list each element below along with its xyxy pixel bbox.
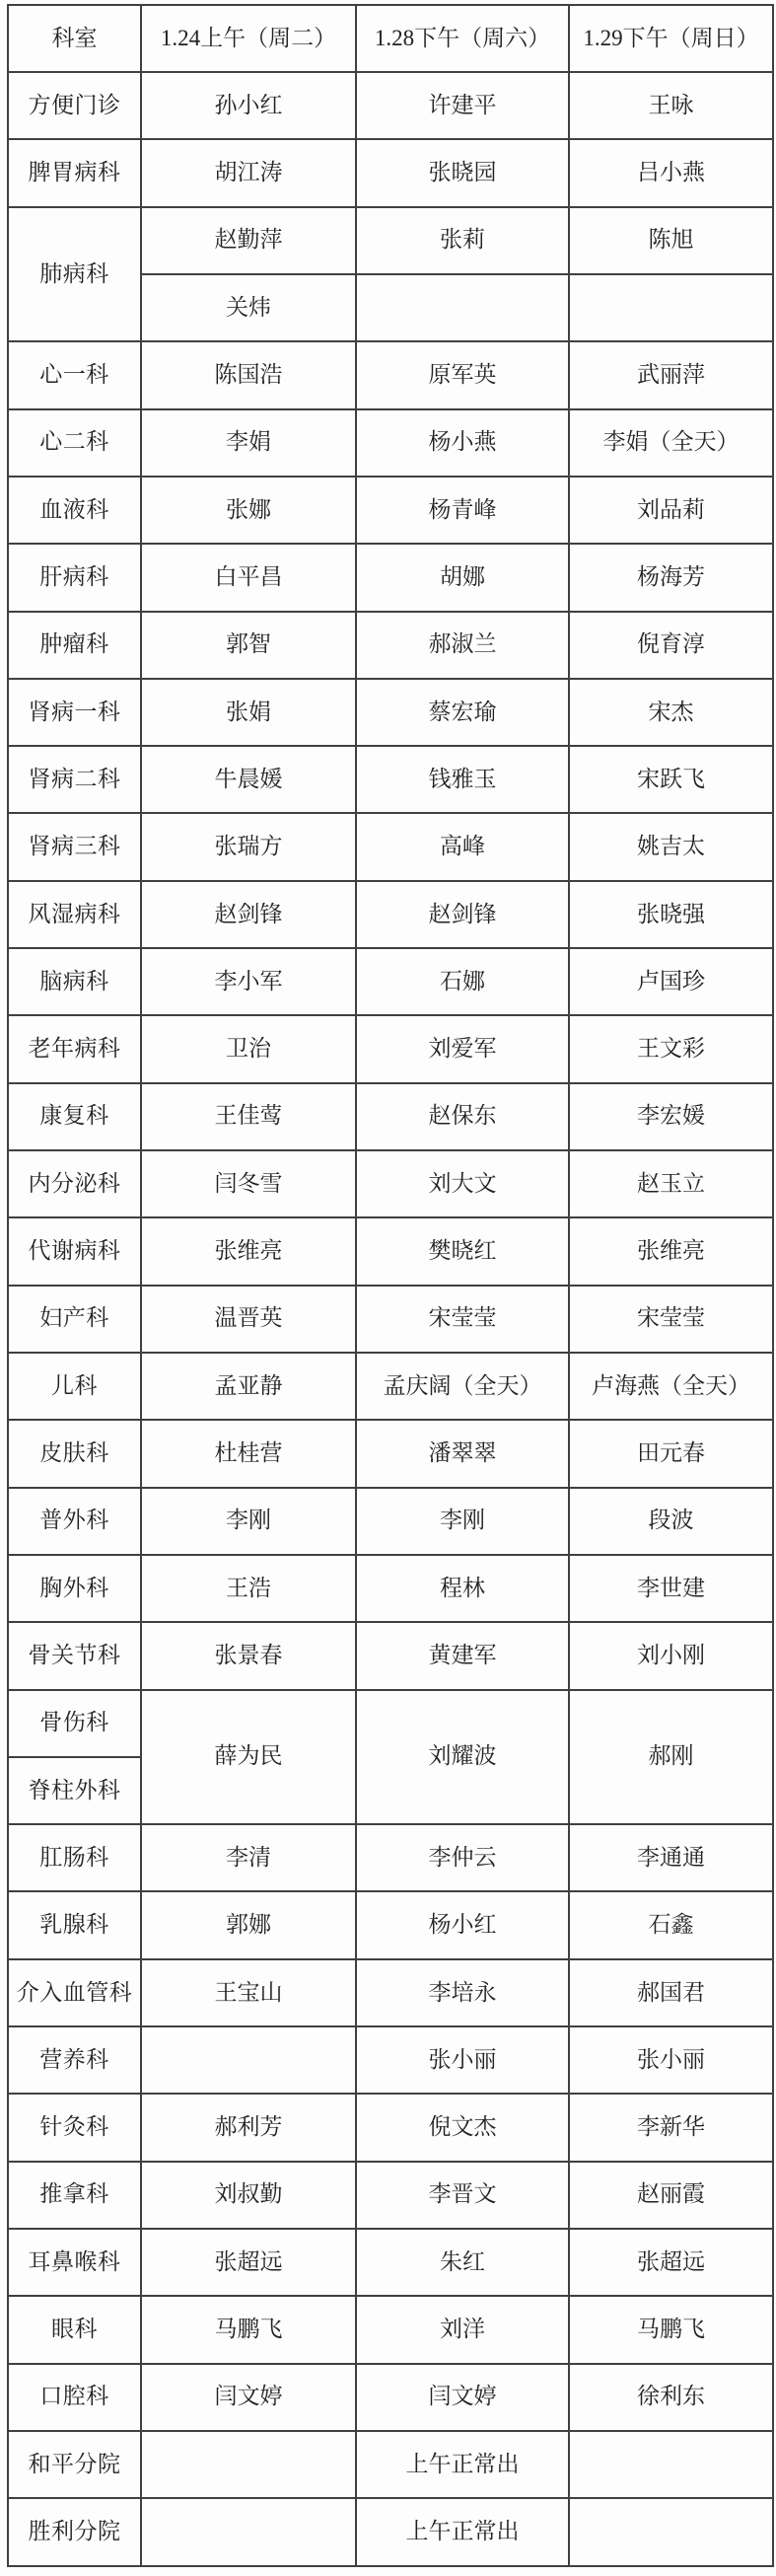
dept-cell: 肝病科 (8, 544, 141, 611)
doctor-cell: 张晓强 (569, 881, 773, 948)
table-row: 营养科张小丽张小丽 (8, 2026, 773, 2094)
doctor-cell: 张晓园 (356, 139, 569, 206)
doctor-cell: 张莉 (356, 207, 569, 274)
doctor-cell: 刘大文 (356, 1150, 569, 1217)
dept-cell: 肿瘤科 (8, 612, 141, 679)
doctor-cell: 张娜 (141, 477, 356, 544)
table-row: 推拿科刘叔勤李晋文赵丽霞 (8, 2162, 773, 2229)
doctor-cell: 徐利东 (569, 2364, 773, 2431)
doctor-cell: 关炜 (141, 274, 356, 341)
dept-cell: 和平分院 (8, 2431, 141, 2498)
schedule-table: 科室 1.24上午（周二） 1.28下午（周六） 1.29下午（周日） 方便门诊… (7, 4, 774, 2567)
table-row: 和平分院上午正常出 (8, 2431, 773, 2498)
doctor-cell: 许建平 (356, 72, 569, 139)
column-header-day2: 1.28下午（周六） (356, 5, 569, 72)
doctor-cell: 王佳莺 (141, 1083, 356, 1150)
dept-cell: 方便门诊 (8, 72, 141, 139)
doctor-cell (141, 2431, 356, 2498)
doctor-cell: 张超远 (141, 2229, 356, 2296)
doctor-cell: 杨小燕 (356, 409, 569, 477)
dept-cell: 皮肤科 (8, 1420, 141, 1487)
table-row: 肾病一科张娟蔡宏瑜宋杰 (8, 679, 773, 746)
doctor-cell: 吕小燕 (569, 139, 773, 206)
doctor-cell (569, 2498, 773, 2566)
schedule-table-body: 方便门诊孙小红许建平王咏脾胃病科胡江涛张晓园吕小燕肺病科赵勤萍张莉陈旭关炜心一科… (8, 72, 773, 2566)
doctor-cell: 闫文婷 (356, 2364, 569, 2431)
dept-cell: 血液科 (8, 477, 141, 544)
dept-cell: 肺病科 (8, 207, 141, 342)
doctor-cell (569, 274, 773, 341)
doctor-cell: 胡江涛 (141, 139, 356, 206)
dept-cell: 老年病科 (8, 1015, 141, 1082)
doctor-cell: 白平昌 (141, 544, 356, 611)
doctor-cell: 陈国浩 (141, 341, 356, 408)
dept-cell: 营养科 (8, 2026, 141, 2094)
table-row: 方便门诊孙小红许建平王咏 (8, 72, 773, 139)
doctor-cell: 上午正常出 (356, 2431, 569, 2498)
doctor-cell: 温晋英 (141, 1286, 356, 1353)
doctor-cell: 赵丽霞 (569, 2162, 773, 2229)
table-row: 代谢病科张维亮樊晓红张维亮 (8, 1217, 773, 1285)
doctor-cell: 宋跃飞 (569, 746, 773, 813)
doctor-cell: 李世建 (569, 1555, 773, 1622)
doctor-cell: 李刚 (141, 1488, 356, 1555)
doctor-cell: 李刚 (356, 1488, 569, 1555)
doctor-cell (569, 2431, 773, 2498)
doctor-cell: 钱雅玉 (356, 746, 569, 813)
table-row: 脑病科李小军石娜卢国珍 (8, 948, 773, 1015)
dept-cell: 骨关节科 (8, 1622, 141, 1689)
doctor-cell: 闫冬雪 (141, 1150, 356, 1217)
table-row: 乳腺科郭娜杨小红石鑫 (8, 1891, 773, 1958)
doctor-cell: 张小丽 (356, 2026, 569, 2094)
doctor-cell: 上午正常出 (356, 2498, 569, 2566)
table-row: 肺病科赵勤萍张莉陈旭 (8, 207, 773, 274)
doctor-cell: 宋杰 (569, 679, 773, 746)
dept-cell: 心二科 (8, 409, 141, 477)
doctor-cell: 田元春 (569, 1420, 773, 1487)
doctor-cell: 孙小红 (141, 72, 356, 139)
doctor-cell: 石鑫 (569, 1891, 773, 1958)
doctor-cell: 张维亮 (569, 1217, 773, 1285)
doctor-cell: 牛晨媛 (141, 746, 356, 813)
doctor-cell: 薛为民 (141, 1690, 356, 1825)
doctor-cell: 杨海芳 (569, 544, 773, 611)
doctor-cell: 倪育淳 (569, 612, 773, 679)
doctor-cell: 张小丽 (569, 2026, 773, 2094)
dept-cell: 肾病三科 (8, 813, 141, 880)
doctor-cell: 李晋文 (356, 2162, 569, 2229)
doctor-cell: 程林 (356, 1555, 569, 1622)
table-row: 骨伤科薛为民刘耀波郝刚 (8, 1690, 773, 1757)
table-row: 康复科王佳莺赵保东李宏媛 (8, 1083, 773, 1150)
doctor-cell: 孟庆阔（全天） (356, 1353, 569, 1420)
table-row: 血液科张娜杨青峰刘品莉 (8, 477, 773, 544)
doctor-cell: 李仲云 (356, 1824, 569, 1891)
doctor-cell: 刘爱军 (356, 1015, 569, 1082)
doctor-cell: 刘耀波 (356, 1690, 569, 1825)
dept-cell: 内分泌科 (8, 1150, 141, 1217)
dept-cell: 风湿病科 (8, 881, 141, 948)
dept-cell: 骨伤科 (8, 1690, 141, 1757)
doctor-cell: 闫文婷 (141, 2364, 356, 2431)
doctor-cell: 陈旭 (569, 207, 773, 274)
dept-cell: 脊柱外科 (8, 1757, 141, 1824)
doctor-cell: 卢海燕（全天） (569, 1353, 773, 1420)
doctor-cell: 朱红 (356, 2229, 569, 2296)
table-row: 妇产科温晋英宋莹莹宋莹莹 (8, 1286, 773, 1353)
doctor-cell: 张超远 (569, 2229, 773, 2296)
doctor-cell: 胡娜 (356, 544, 569, 611)
dept-cell: 耳鼻喉科 (8, 2229, 141, 2296)
doctor-cell: 黄建军 (356, 1622, 569, 1689)
doctor-cell: 李培永 (356, 1959, 569, 2026)
dept-cell: 普外科 (8, 1488, 141, 1555)
column-header-dept: 科室 (8, 5, 141, 72)
doctor-cell: 李新华 (569, 2094, 773, 2161)
doctor-cell: 刘洋 (356, 2296, 569, 2363)
table-row: 介入血管科王宝山李培永郝国君 (8, 1959, 773, 2026)
table-row: 针灸科郝利芳倪文杰李新华 (8, 2094, 773, 2161)
table-row: 老年病科卫治刘爱军王文彩 (8, 1015, 773, 1082)
table-row: 内分泌科闫冬雪刘大文赵玉立 (8, 1150, 773, 1217)
doctor-cell: 高峰 (356, 813, 569, 880)
doctor-cell: 张瑞方 (141, 813, 356, 880)
dept-cell: 肾病二科 (8, 746, 141, 813)
doctor-cell: 刘小刚 (569, 1622, 773, 1689)
doctor-cell (141, 2026, 356, 2094)
table-row: 肾病三科张瑞方高峰姚吉太 (8, 813, 773, 880)
table-row: 脾胃病科胡江涛张晓园吕小燕 (8, 139, 773, 206)
table-row: 心二科李娟杨小燕李娟（全天） (8, 409, 773, 477)
doctor-cell: 倪文杰 (356, 2094, 569, 2161)
dept-cell: 代谢病科 (8, 1217, 141, 1285)
dept-cell: 胸外科 (8, 1555, 141, 1622)
doctor-cell: 赵保东 (356, 1083, 569, 1150)
column-header-day3: 1.29下午（周日） (569, 5, 773, 72)
dept-cell: 乳腺科 (8, 1891, 141, 1958)
doctor-cell: 张维亮 (141, 1217, 356, 1285)
dept-cell: 脾胃病科 (8, 139, 141, 206)
doctor-cell: 张景春 (141, 1622, 356, 1689)
doctor-cell: 李娟（全天） (569, 409, 773, 477)
table-row: 普外科李刚李刚段波 (8, 1488, 773, 1555)
table-row: 风湿病科赵剑锋赵剑锋张晓强 (8, 881, 773, 948)
dept-cell: 康复科 (8, 1083, 141, 1150)
doctor-cell: 王咏 (569, 72, 773, 139)
doctor-cell: 孟亚静 (141, 1353, 356, 1420)
dept-cell: 推拿科 (8, 2162, 141, 2229)
doctor-cell: 原军英 (356, 341, 569, 408)
doctor-cell: 宋莹莹 (569, 1286, 773, 1353)
doctor-cell: 赵玉立 (569, 1150, 773, 1217)
dept-cell: 胜利分院 (8, 2498, 141, 2566)
doctor-cell: 李娟 (141, 409, 356, 477)
doctor-cell: 宋莹莹 (356, 1286, 569, 1353)
header-row: 科室 1.24上午（周二） 1.28下午（周六） 1.29下午（周日） (8, 5, 773, 72)
doctor-cell: 赵剑锋 (141, 881, 356, 948)
table-row: 肛肠科李清李仲云李通通 (8, 1824, 773, 1891)
doctor-cell: 李通通 (569, 1824, 773, 1891)
doctor-cell: 郝国君 (569, 1959, 773, 2026)
table-row: 口腔科闫文婷闫文婷徐利东 (8, 2364, 773, 2431)
dept-cell: 眼科 (8, 2296, 141, 2363)
table-row: 皮肤科杜桂营潘翠翠田元春 (8, 1420, 773, 1487)
table-row: 肾病二科牛晨媛钱雅玉宋跃飞 (8, 746, 773, 813)
dept-cell: 妇产科 (8, 1286, 141, 1353)
doctor-cell: 郝利芳 (141, 2094, 356, 2161)
doctor-cell: 潘翠翠 (356, 1420, 569, 1487)
doctor-cell: 王宝山 (141, 1959, 356, 2026)
table-row: 胸外科王浩程林李世建 (8, 1555, 773, 1622)
doctor-cell: 杜桂营 (141, 1420, 356, 1487)
table-row: 耳鼻喉科张超远朱红张超远 (8, 2229, 773, 2296)
doctor-cell: 卫治 (141, 1015, 356, 1082)
doctor-cell: 樊晓红 (356, 1217, 569, 1285)
doctor-cell: 姚吉太 (569, 813, 773, 880)
doctor-cell: 马鹏飞 (141, 2296, 356, 2363)
column-header-day1: 1.24上午（周二） (141, 5, 356, 72)
dept-cell: 肛肠科 (8, 1824, 141, 1891)
table-row: 心一科陈国浩原军英武丽萍 (8, 341, 773, 408)
dept-cell: 针灸科 (8, 2094, 141, 2161)
doctor-cell: 郭智 (141, 612, 356, 679)
doctor-cell (141, 2498, 356, 2566)
doctor-cell: 石娜 (356, 948, 569, 1015)
doctor-cell: 李宏媛 (569, 1083, 773, 1150)
schedule-page: 科室 1.24上午（周二） 1.28下午（周六） 1.29下午（周日） 方便门诊… (0, 0, 776, 2576)
table-row: 肝病科白平昌胡娜杨海芳 (8, 544, 773, 611)
doctor-cell: 杨青峰 (356, 477, 569, 544)
doctor-cell: 郝刚 (569, 1690, 773, 1825)
table-row: 肿瘤科郭智郝淑兰倪育淳 (8, 612, 773, 679)
doctor-cell: 刘叔勤 (141, 2162, 356, 2229)
doctor-cell: 郝淑兰 (356, 612, 569, 679)
table-row: 眼科马鹏飞刘洋马鹏飞 (8, 2296, 773, 2363)
dept-cell: 肾病一科 (8, 679, 141, 746)
doctor-cell: 王浩 (141, 1555, 356, 1622)
doctor-cell: 武丽萍 (569, 341, 773, 408)
doctor-cell: 段波 (569, 1488, 773, 1555)
dept-cell: 介入血管科 (8, 1959, 141, 2026)
dept-cell: 心一科 (8, 341, 141, 408)
doctor-cell: 郭娜 (141, 1891, 356, 1958)
doctor-cell (356, 274, 569, 341)
doctor-cell: 马鹏飞 (569, 2296, 773, 2363)
doctor-cell: 张娟 (141, 679, 356, 746)
dept-cell: 口腔科 (8, 2364, 141, 2431)
doctor-cell: 赵勤萍 (141, 207, 356, 274)
doctor-cell: 李清 (141, 1824, 356, 1891)
dept-cell: 儿科 (8, 1353, 141, 1420)
table-row: 胜利分院上午正常出 (8, 2498, 773, 2566)
doctor-cell: 刘品莉 (569, 477, 773, 544)
table-row: 儿科孟亚静孟庆阔（全天）卢海燕（全天） (8, 1353, 773, 1420)
table-row: 骨关节科张景春黄建军刘小刚 (8, 1622, 773, 1689)
doctor-cell: 王文彩 (569, 1015, 773, 1082)
dept-cell: 脑病科 (8, 948, 141, 1015)
doctor-cell: 赵剑锋 (356, 881, 569, 948)
doctor-cell: 杨小红 (356, 1891, 569, 1958)
doctor-cell: 蔡宏瑜 (356, 679, 569, 746)
doctor-cell: 李小军 (141, 948, 356, 1015)
doctor-cell: 卢国珍 (569, 948, 773, 1015)
